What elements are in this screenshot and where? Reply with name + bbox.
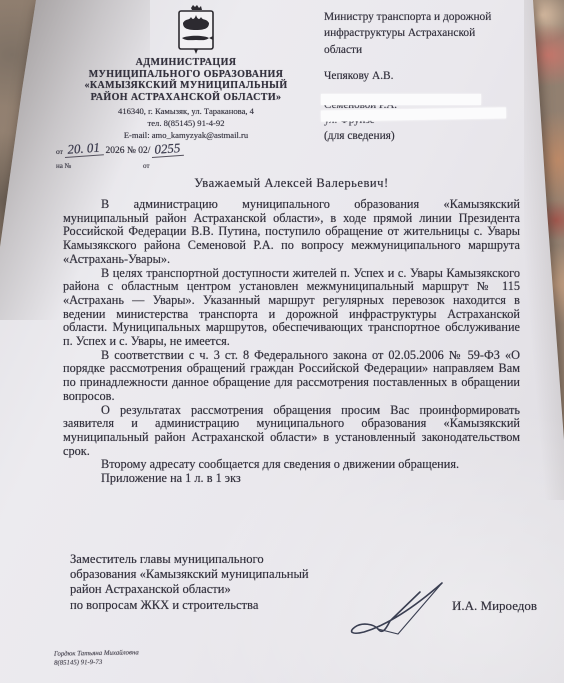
signer-position-line: по вопросам ЖКХ и строительства bbox=[70, 598, 360, 613]
attachment-note: Приложение на 1 л. в 1 экз bbox=[63, 472, 520, 486]
handwritten-signature-icon bbox=[338, 580, 453, 642]
executor-info: Гордюк Татьяна Михайловна 8(85145) 91-9-… bbox=[54, 649, 139, 667]
reference-subline: на № от bbox=[56, 162, 256, 170]
letterhead-contacts: 416340, г. Камызяк, ул. Тараканова, 4 те… bbox=[52, 105, 320, 141]
letter-body: В администрацию муниципального образован… bbox=[63, 198, 520, 486]
paragraph: Второму адресату сообщается для сведения… bbox=[63, 458, 520, 472]
signer-position-line: Заместитель главы муниципального bbox=[70, 552, 360, 567]
paragraph: В целях транспортной доступности жителей… bbox=[63, 267, 520, 349]
executor-name: Гордюк Татьяна Михайловна bbox=[54, 649, 139, 659]
addressee-line: инфраструктуры Астраханской bbox=[324, 25, 542, 41]
signer-name: И.А. Мироедов bbox=[452, 598, 537, 614]
paragraph: В соответствии с ч. 3 ст. 8 Федерального… bbox=[63, 349, 520, 404]
addressee-line: области bbox=[324, 42, 542, 58]
handwritten-number: 0255 bbox=[151, 141, 184, 158]
ref-on-number-label: на № bbox=[56, 162, 71, 170]
paragraph: В администрацию муниципального образован… bbox=[63, 198, 520, 267]
handwritten-date: 20. 01 bbox=[64, 140, 103, 158]
signer-position-line: образования «Камызякский муниципальный bbox=[70, 567, 360, 582]
paper-shadow-wrap: АДМИНИСТРАЦИЯ МУНИЦИПАЛЬНОГО ОБРАЗОВАНИЯ… bbox=[0, 0, 564, 683]
coat-of-arms-icon bbox=[173, 5, 219, 59]
signer-position: Заместитель главы муниципального образов… bbox=[70, 552, 360, 613]
redacted-fragment: ул. Фрунзе bbox=[324, 114, 375, 126]
addressee-name: Чепякову А.В. bbox=[324, 68, 542, 84]
addressee-block: Министру транспорта и дорожной инфрастру… bbox=[324, 9, 542, 144]
ref-from-label: от bbox=[56, 147, 63, 158]
signature-block: Заместитель главы муниципального образов… bbox=[70, 552, 550, 652]
ref-number-prefix: 2026 № 02/ bbox=[105, 146, 150, 158]
letterhead-org-name: АДМИНИСТРАЦИЯ МУНИЦИПАЛЬНОГО ОБРАЗОВАНИЯ… bbox=[52, 57, 320, 103]
salutation: Уважаемый Алексей Валерьевич! bbox=[63, 176, 520, 191]
letter-page: АДМИНИСТРАЦИЯ МУНИЦИПАЛЬНОГО ОБРАЗОВАНИЯ… bbox=[0, 0, 564, 683]
org-phone: тел. 8(85145) 91-4-92 bbox=[52, 117, 320, 129]
redacted-line: ул. Фрунзе bbox=[324, 112, 542, 125]
executor-phone: 8(85145) 91-9-73 bbox=[54, 658, 139, 668]
org-line: АДМИНИСТРАЦИЯ bbox=[52, 57, 320, 69]
org-address: 416340, г. Камызяк, ул. Тараканова, 4 bbox=[52, 105, 320, 117]
org-line: «КАМЫЗЯКСКИЙ МУНИЦИПАЛЬНЫЙ bbox=[52, 80, 320, 92]
org-line: МУНИЦИПАЛЬНОГО ОБРАЗОВАНИЯ bbox=[52, 69, 320, 81]
paragraph: О результатах рассмотрения обращения про… bbox=[63, 404, 520, 459]
org-line: РАЙОН АСТРАХАНСКОЙ ОБЛАСТИ» bbox=[52, 92, 320, 104]
ref-from-label-2: от bbox=[143, 162, 149, 170]
photo-of-letter: АДМИНИСТРАЦИЯ МУНИЦИПАЛЬНОГО ОБРАЗОВАНИЯ… bbox=[0, 0, 564, 683]
addressee-note: (для сведения) bbox=[324, 128, 542, 144]
addressee-line: Министру транспорта и дорожной bbox=[324, 9, 542, 25]
reference-line: от 20. 01 2026 № 02/ 0255 bbox=[56, 143, 306, 158]
signer-position-line: район Астраханской области» bbox=[70, 582, 360, 597]
